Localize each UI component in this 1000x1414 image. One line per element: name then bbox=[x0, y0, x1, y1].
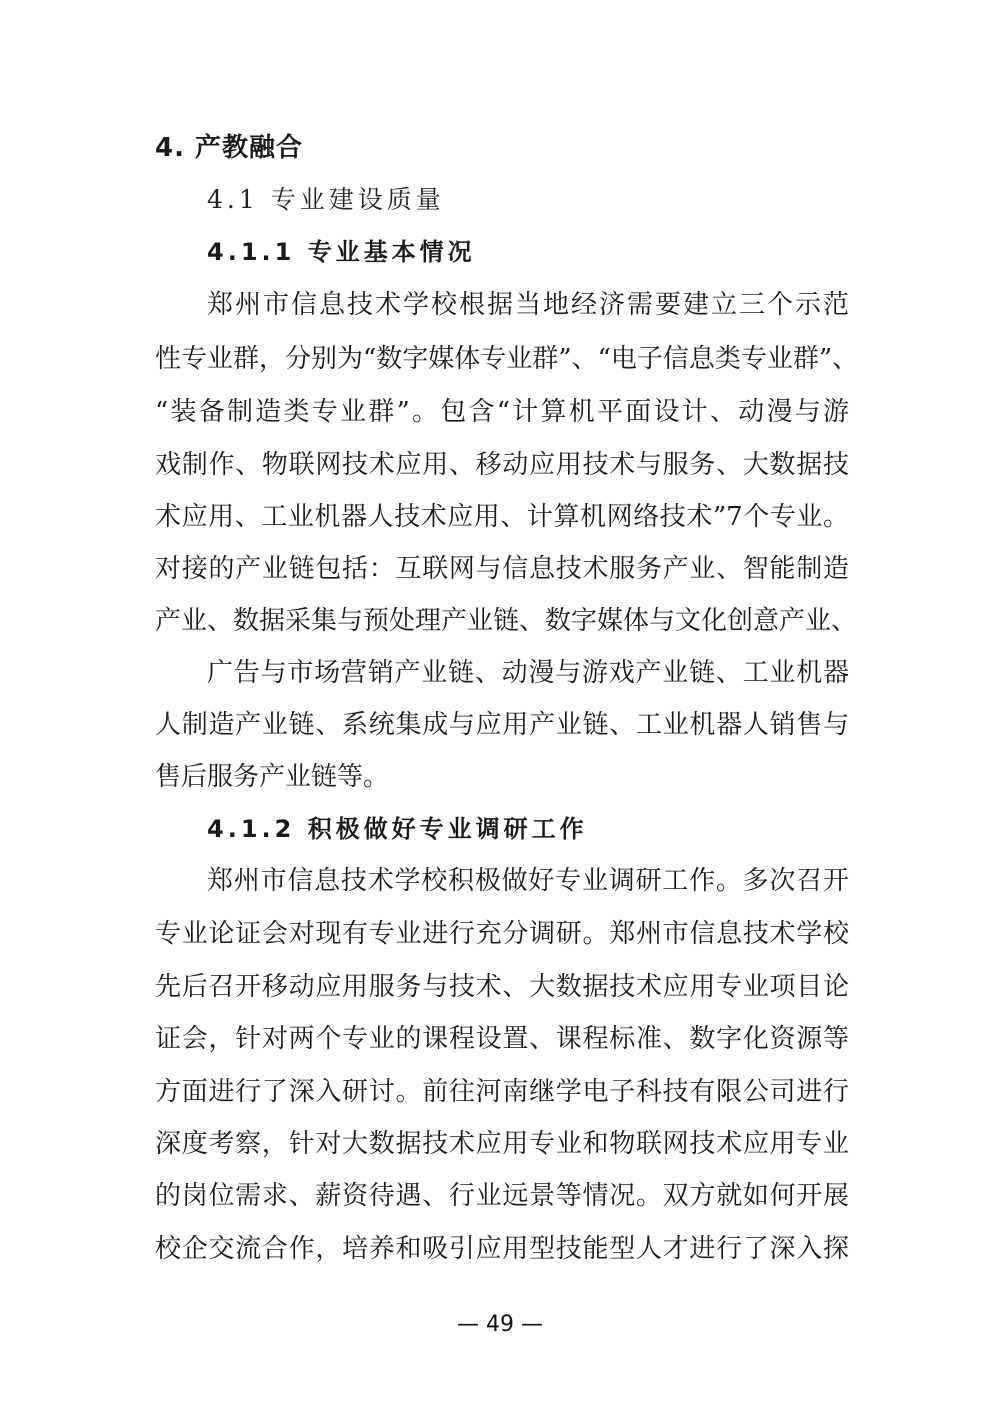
paragraph-line: 对接的产业链包括：互联网与信息技术服务产业、智能制造 bbox=[155, 549, 849, 589]
subsubsection-heading-2: 4.1.2 积极做好专业调研工作 bbox=[207, 809, 849, 849]
paragraph-line: “装备制造类专业群”。包含“计算机平面设计、动漫与游 bbox=[155, 392, 849, 432]
paragraph-line: 专业论证会对现有专业进行充分调研。郑州市信息技术学校 bbox=[155, 914, 849, 954]
paragraph-line: 术应用、工业机器人技术应用、计算机网络技术”7个专业。 bbox=[155, 497, 849, 537]
paragraph-line: 人制造产业链、系统集成与应用产业链、工业机器人销售与 bbox=[155, 705, 849, 745]
paragraph-line: 郑州市信息技术学校根据当地经济需要建立三个示范 bbox=[207, 285, 849, 325]
subsection-heading: 4.1 专业建设质量 bbox=[207, 180, 849, 220]
paragraph-line: 广告与市场营销产业链、动漫与游戏产业链、工业机器 bbox=[207, 653, 849, 693]
paragraph-line: 的岗位需求、薪资待遇、行业远景等情况。双方就如何开展 bbox=[155, 1176, 849, 1216]
document-page: 4. 产教融合 4.1 专业建设质量 4.1.1 专业基本情况 郑州市信息技术学… bbox=[0, 0, 1000, 1414]
paragraph-line: 校企交流合作，培养和吸引应用型技能型人才进行了深入探 bbox=[155, 1229, 849, 1269]
paragraph-line: 产业、数据采集与预处理产业链、数字媒体与文化创意产业、 bbox=[155, 601, 849, 641]
paragraph-line: 先后召开移动应用服务与技术、大数据技术应用专业项目论 bbox=[155, 967, 849, 1007]
paragraph-line: 性专业群，分别为“数字媒体专业群”、“电子信息类专业群”、 bbox=[155, 339, 849, 379]
paragraph-line: 方面进行了深入研讨。前往河南继学电子科技有限公司进行 bbox=[155, 1072, 849, 1112]
section-heading: 4. 产教融合 bbox=[155, 128, 849, 168]
paragraph-line: 深度考察，针对大数据技术应用专业和物联网技术应用专业 bbox=[155, 1124, 849, 1164]
paragraph-line: 戏制作、物联网技术应用、移动应用技术与服务、大数据技 bbox=[155, 445, 849, 485]
paragraph-line: 郑州市信息技术学校积极做好专业调研工作。多次召开 bbox=[207, 861, 849, 901]
page-number: — 49 — bbox=[0, 1312, 1000, 1337]
paragraph-line: 证会，针对两个专业的课程设置、课程标准、数字化资源等 bbox=[155, 1019, 849, 1059]
subsubsection-heading-1: 4.1.1 专业基本情况 bbox=[207, 232, 849, 272]
paragraph-line: 售后服务产业链等。 bbox=[155, 757, 849, 797]
